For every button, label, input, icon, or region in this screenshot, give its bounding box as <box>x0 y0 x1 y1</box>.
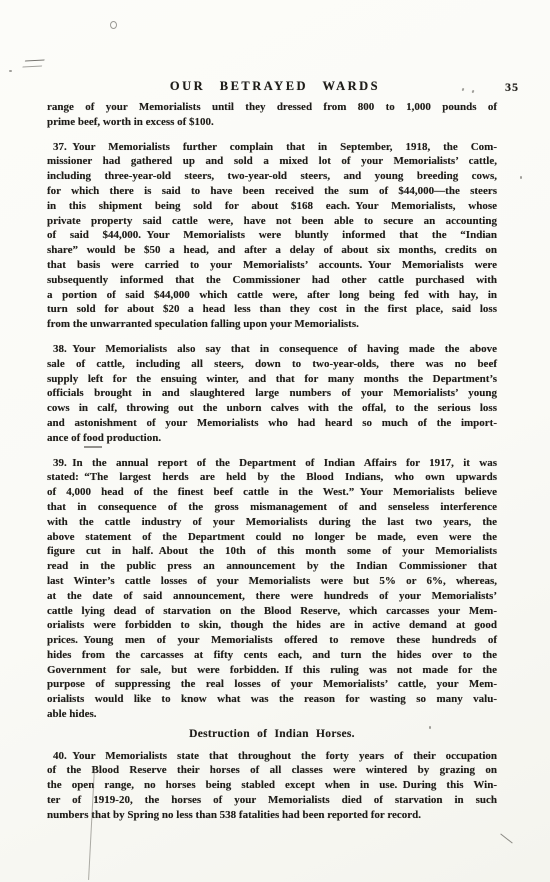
text-line: able hides. <box>47 707 497 722</box>
text-line: 40. Your Memorialists state that through… <box>47 749 497 764</box>
text-line: 39. In the annual report of the Departme… <box>47 456 497 471</box>
text-line: figure cut in half. About the 10th of th… <box>47 544 497 559</box>
text-line: that in consequence of the gross mismana… <box>47 500 497 515</box>
text-line: sale of cattle, including all steers, do… <box>47 357 497 372</box>
text-line: of 4,000 head of the finest beef cattle … <box>47 485 497 500</box>
text-line: read in the public press an announcement… <box>47 559 497 574</box>
text-line: stated: “The largest herds are held by t… <box>47 470 497 485</box>
text-line: of the Blood Reserve their horses of all… <box>47 763 497 778</box>
ink-speck <box>520 176 522 179</box>
text-line: share” would be $50 a head, and after a … <box>47 243 497 258</box>
text-line: the open range, no horses being stabled … <box>47 778 497 793</box>
text-line: hides from the carcasses at fifty cents … <box>47 648 497 663</box>
section-heading: Destruction of Indian Horses. <box>47 727 497 742</box>
page-body-text: range of your Memorialists until they dr… <box>47 100 497 823</box>
text-line: in this shipment being sold for about $1… <box>47 199 497 214</box>
text-line: prices. Young men of your Memorialists o… <box>47 633 497 648</box>
paragraph-38: 38. Your Memorialists also say that in c… <box>47 342 497 446</box>
text-line: that basis were carried to your Memorial… <box>47 258 497 273</box>
text-line: a portion of said $44,000 which cattle w… <box>47 288 497 303</box>
scanned-document-page: OUR BETRAYED WARDS 35 range of your Memo… <box>0 0 550 882</box>
text-line: from the unwarranted speculation falling… <box>47 317 497 332</box>
page-header-title: OUR BETRAYED WARDS <box>170 79 380 93</box>
text-line: orialists were forbidden to skin, though… <box>47 618 497 633</box>
page-number: 35 <box>505 80 519 95</box>
running-header: OUR BETRAYED WARDS <box>0 79 550 94</box>
text-line: Government for sale, but were forbidden.… <box>47 663 497 678</box>
text-line: above statement of the Department could … <box>47 530 497 545</box>
text-line: turn sold for about $20 a head less than… <box>47 302 497 317</box>
text-line: supply left for the ensuing winter, and … <box>47 372 497 387</box>
text-line: cows in calf, throwing out the unborn ca… <box>47 401 497 416</box>
text-line: officials brought in and slaughtered lar… <box>47 386 497 401</box>
text-line: range of your Memorialists until they dr… <box>47 100 497 115</box>
text-line: ance of food production. <box>47 431 497 446</box>
text-line: with the cattle industry of your Memoria… <box>47 515 497 530</box>
scan-ring-artifact <box>110 21 117 29</box>
paragraph-continuation: range of your Memorialists until they dr… <box>47 100 497 130</box>
text-line: ter of 1919-20, the horses of your Memor… <box>47 793 497 808</box>
paragraph-39: 39. In the annual report of the Departme… <box>47 456 497 722</box>
text-line: including three-year-old steers, two-yea… <box>47 169 497 184</box>
paragraph-40: 40. Your Memorialists state that through… <box>47 749 497 823</box>
text-line: 38. Your Memorialists also say that in c… <box>47 342 497 357</box>
text-line: orialists would like to know what was th… <box>47 692 497 707</box>
text-line: at the date of said announcement, there … <box>47 589 497 604</box>
paragraph-37: 37. Your Memorialists further complain t… <box>47 140 497 332</box>
ink-speck <box>9 70 12 72</box>
text-line: private property said cattle were, have … <box>47 214 497 229</box>
scan-smudge-mark <box>22 60 44 68</box>
text-line: missioner had gathered up and sold a mix… <box>47 154 497 169</box>
text-line: purpose of suppressing the real losses o… <box>47 677 497 692</box>
text-line: prime beef, worth in excess of $100. <box>47 115 497 130</box>
text-line: of said $44,000. Your Memorialists were … <box>47 228 497 243</box>
text-line: cattle lying dead of starvation on the B… <box>47 604 497 619</box>
text-line: 37. Your Memorialists further complain t… <box>47 140 497 155</box>
text-line: for which there is said to have been rec… <box>47 184 497 199</box>
text-line: numbers that by Spring no less than 538 … <box>47 808 497 823</box>
scan-slash-artifact <box>500 833 512 843</box>
text-line: and astonishment of your Memorialists wh… <box>47 416 497 431</box>
text-line: subsequently informed that the Commissio… <box>47 273 497 288</box>
text-line: last Winter’s cattle losses of your Memo… <box>47 574 497 589</box>
